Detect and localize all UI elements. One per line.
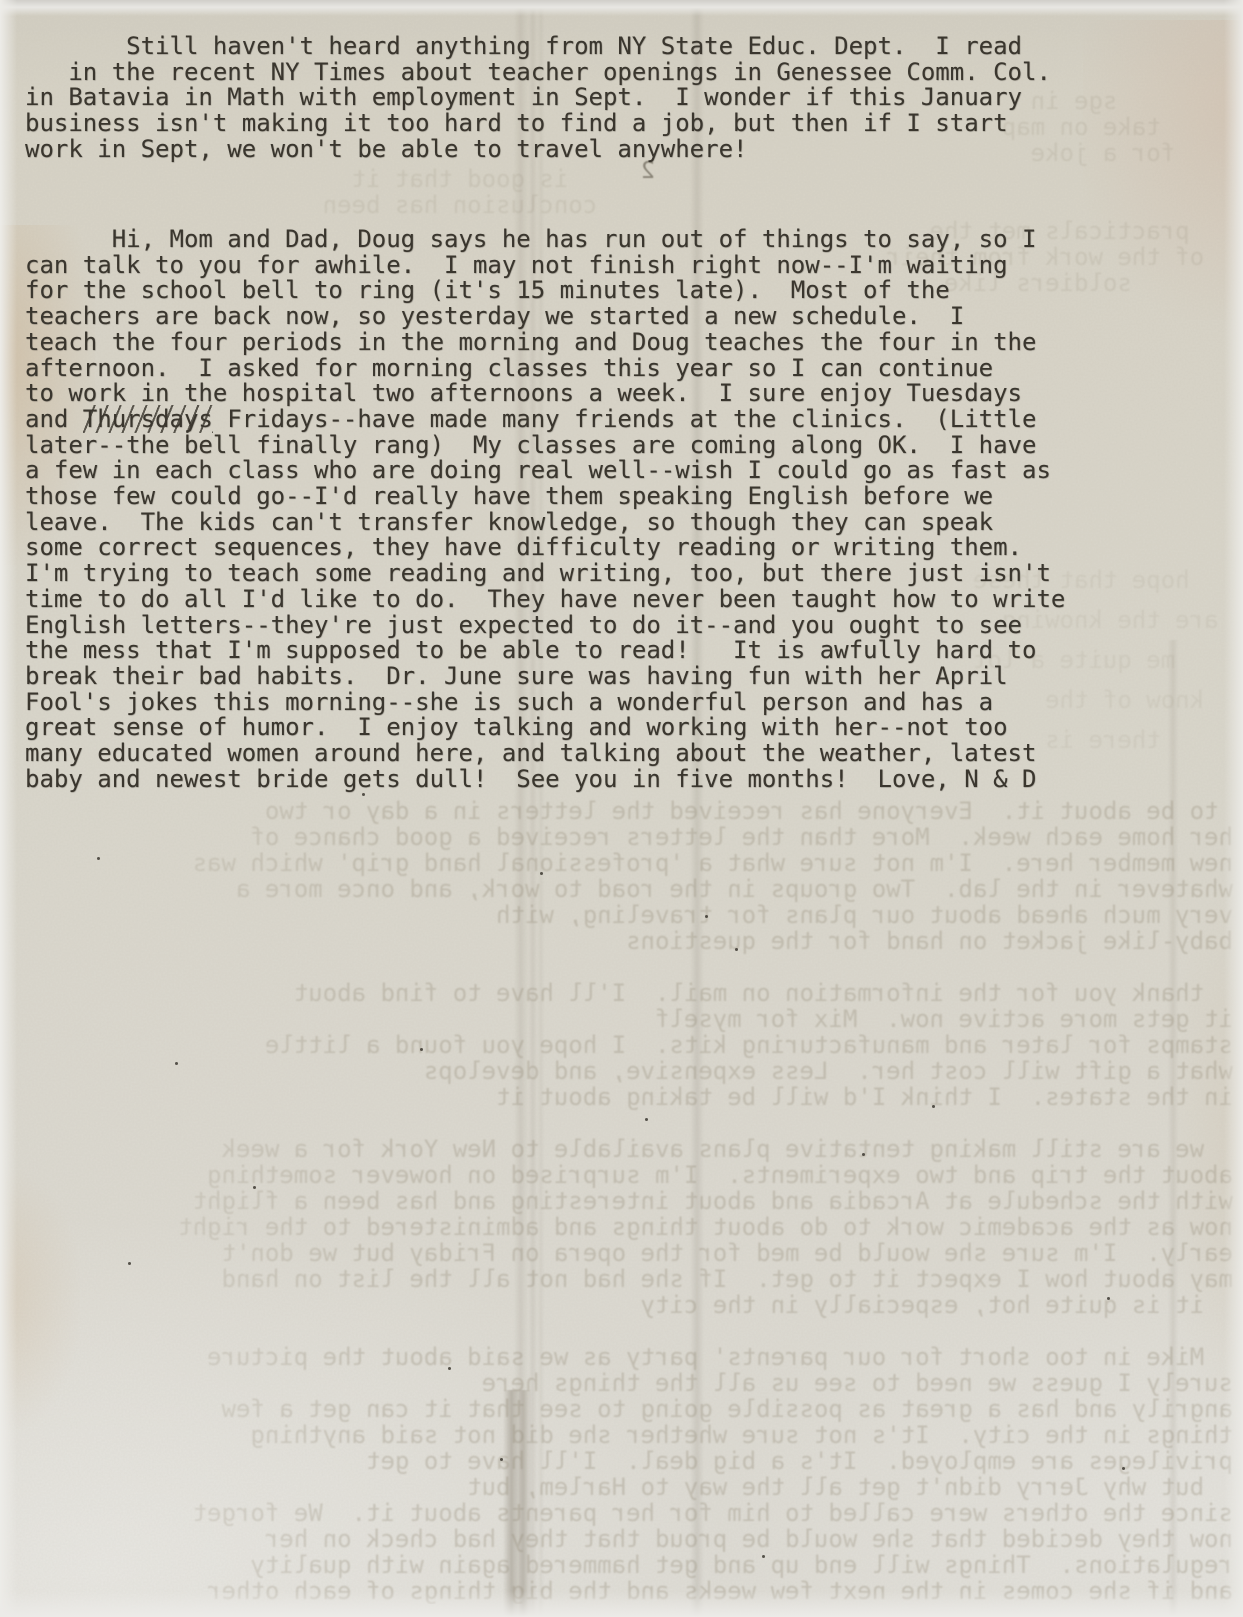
- dust-speck: [1122, 1467, 1125, 1470]
- dust-speck: [1107, 1297, 1110, 1300]
- struck-out-word: Thursdays: [83, 405, 213, 433]
- dust-speck: [420, 1048, 423, 1051]
- letter-line: Still haven't heard anything from NY Sta…: [25, 34, 1051, 60]
- top-right-pink-stain: [1083, 20, 1243, 320]
- letter-line: Fool's jokes this morning--she is such a…: [25, 690, 1065, 716]
- bleedthrough-line: very much ahead about our plans for trav…: [10, 902, 1233, 928]
- letter-line: great sense of humor. I enjoy talking an…: [25, 715, 1065, 741]
- dust-speck: [932, 1105, 935, 1108]
- dust-speck: [705, 915, 708, 918]
- scan-edge-left: [0, 0, 17, 1617]
- bleedthrough-line: [10, 954, 1233, 980]
- letter-line: Hi, Mom and Dad, Doug says he has run ou…: [25, 227, 1065, 253]
- bleedthrough-line: whatever in the lab. Two groups in the r…: [10, 876, 1233, 902]
- letter-line: leave. The kids can't transfer knowledge…: [25, 510, 1065, 536]
- bleedthrough-line: surely I guess we need to see us all the…: [10, 1370, 1233, 1396]
- bleedthrough-line: it gets more active now. Mix for myself: [10, 1006, 1233, 1032]
- bleedthrough-line: in the states. I think I'd will be takin…: [10, 1084, 1233, 1110]
- bleedthrough-line: what a gift will cost her. Less expensiv…: [10, 1058, 1233, 1084]
- dust-speck: [645, 1118, 648, 1121]
- dust-speck: [362, 793, 365, 796]
- letter-line: baby and newest bride gets dull! See you…: [25, 767, 1065, 793]
- bleedthrough-line: it is quite hot, especially in the city: [10, 1292, 1233, 1318]
- bleedthrough-line: baby-like jacket on hand for the questio…: [10, 928, 1233, 954]
- dust-speck: [762, 1555, 765, 1558]
- letter-line: those few could go--I'd really have them…: [25, 484, 1065, 510]
- letter-line: teachers are back now, so yesterday we s…: [25, 304, 1065, 330]
- bleedthrough-line: now they decided that she would be proud…: [10, 1526, 1233, 1552]
- letter-line: a few in each class who are doing real w…: [25, 458, 1065, 484]
- right-edge-stain: [1173, 900, 1243, 1400]
- right-fold-crease: [1168, 640, 1178, 1617]
- bleedthrough-line: things in the city. It's not sure whethe…: [10, 1422, 1233, 1448]
- letter-line: afternoon. I asked for morning classes t…: [25, 356, 1065, 382]
- letter-line: in Batavia in Math with employment in Se…: [25, 85, 1051, 111]
- letter-line: later--the bell finally rang) My classes…: [25, 433, 1065, 459]
- dust-speck: [448, 1367, 451, 1370]
- letter-paragraph-2: Hi, Mom and Dad, Doug says he has run ou…: [25, 227, 1065, 792]
- letter-line: work in Sept, we won't be able to travel…: [25, 137, 1051, 163]
- bleedthrough-line: about the trip and two experiments. I'm …: [10, 1162, 1233, 1188]
- letter-line: business isn't making it too hard to fin…: [25, 111, 1051, 137]
- bleedthrough-line: Mike in too short for our parents' party…: [10, 1344, 1233, 1370]
- letter-line: the mess that I'm supposed to be able to…: [25, 638, 1065, 664]
- bleedthrough-line: her home each week. More than the letter…: [10, 824, 1233, 850]
- bleedthrough-line: and if she comes in the next few weeks a…: [10, 1578, 1233, 1604]
- left-lower-tan-stain: [0, 1170, 80, 1430]
- scan-edge-top: [0, 0, 1243, 16]
- dust-speck: [735, 948, 738, 951]
- letter-line: to work in the hospital two afternoons a…: [25, 381, 1065, 407]
- bleedthrough-line: thank you for the information on mail. I…: [10, 980, 1233, 1006]
- bleedthrough-line: early. I'm sure she would be med for the…: [10, 1240, 1233, 1266]
- letter-line: break their bad habits. Dr. June sure wa…: [25, 664, 1065, 690]
- bleedthrough-line: privileges are employed. It's a big deal…: [10, 1448, 1233, 1474]
- dust-speck: [97, 857, 100, 860]
- scan-edge-bottom: [0, 1591, 1243, 1617]
- bleedthrough-line: is good that it: [10, 166, 1233, 192]
- bleedthrough-line: to be about it. Everyone has received th…: [10, 798, 1233, 824]
- bleedthrough-line: since the others were called to him for …: [10, 1500, 1233, 1526]
- bleedthrough-line: regulations. Things will end up and get …: [10, 1552, 1233, 1578]
- scan-edge-right: [1224, 0, 1243, 1617]
- bleedthrough-line: [10, 1110, 1233, 1136]
- bleedthrough-lower: to be about it. Everyone has received th…: [0, 798, 1243, 1604]
- center-fold-crease-bottom-smudge: [503, 1390, 537, 1617]
- bleedthrough-line: angrily and has a great as possible goin…: [10, 1396, 1233, 1422]
- bleedthrough-line: but why Jerry didn't get all the way to …: [10, 1474, 1233, 1500]
- bleedthrough-line: stamps for later and manufacturing kits.…: [10, 1032, 1233, 1058]
- letter-line: time to do all I'd like to do. They have…: [25, 587, 1065, 613]
- dust-speck: [175, 1062, 178, 1065]
- bleedthrough-line: new member here. I'm not sure what a 'pr…: [10, 850, 1233, 876]
- letter-line: English letters--they're just expected t…: [25, 613, 1065, 639]
- bleedthrough-line: conclusion has been: [10, 192, 1233, 218]
- letter-line: in the recent NY Times about teacher ope…: [25, 60, 1051, 86]
- letter-line: many educated women around here, and tal…: [25, 741, 1065, 767]
- letter-line: I'm trying to teach some reading and wri…: [25, 561, 1065, 587]
- bleedthrough-line: we are still making tentative plans avai…: [10, 1136, 1233, 1162]
- bleedthrough-line: with the schedule at Arcadia and about i…: [10, 1188, 1233, 1214]
- letter-paragraph-1: Still haven't heard anything from NY Sta…: [25, 34, 1051, 163]
- letter-line: teach the four periods in the morning an…: [25, 330, 1065, 356]
- dust-speck: [128, 1262, 131, 1265]
- dust-speck: [500, 1458, 503, 1461]
- bleedthrough-line: [10, 1318, 1233, 1344]
- dust-speck: [540, 872, 543, 875]
- bleedthrough-line: now as the academic work to do about thi…: [10, 1214, 1233, 1240]
- dust-speck: [862, 1153, 865, 1156]
- letter-line: and Thursdays Fridays--have made many fr…: [25, 407, 1065, 433]
- letter-line: can talk to you for awhile. I may not fi…: [25, 253, 1065, 279]
- letter-line: some correct sequences, they have diffic…: [25, 535, 1065, 561]
- letter-line: for the school bell to ring (it's 15 min…: [25, 278, 1065, 304]
- scanned-letter-page: sge in take on map for a joke is good th…: [0, 0, 1243, 1617]
- dust-speck: [253, 1186, 256, 1189]
- bleedthrough-line: may about how I expect it to get. If she…: [10, 1266, 1233, 1292]
